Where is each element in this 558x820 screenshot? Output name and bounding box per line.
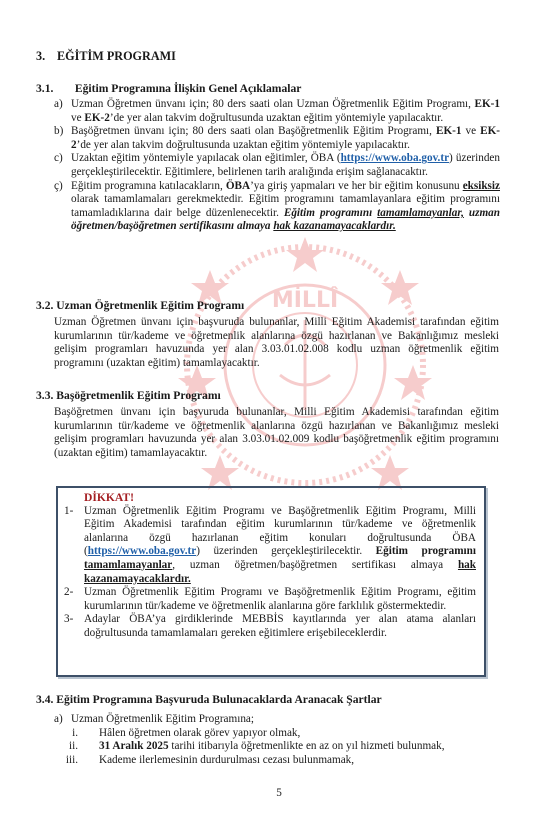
item-text: Kademe ilerlemesinin durdurulması cezası… bbox=[99, 754, 354, 766]
notice-item: 1- Uzman Öğretmenlik Eğitim Programı ve … bbox=[64, 505, 476, 587]
deadline-date: 31 Aralık 2025 bbox=[99, 740, 169, 752]
subsection-number: 3.4. bbox=[36, 693, 53, 706]
list-marker: c) bbox=[54, 152, 63, 166]
subsection-3-1-heading: 3.1. Eğitim Programına İlişkin Genel Açı… bbox=[36, 82, 301, 96]
subsection-title: Başöğretmenlik Eğitim Programı bbox=[56, 389, 220, 402]
item-text: ) üzerinden gerçekleştirilecektir. bbox=[196, 545, 375, 557]
list-marker: a) bbox=[54, 713, 63, 727]
warning-text: hak kazanamayacaklardır. bbox=[273, 220, 395, 232]
notice-item: 3- Adaylar ÖBA’ya girdiklerinde MEBBİS k… bbox=[64, 613, 476, 640]
general-explanations-list: a) Uzman Öğretmen ünvanı için; 80 ders s… bbox=[54, 98, 500, 234]
oba-link[interactable]: https://www.oba.gov.tr bbox=[88, 545, 196, 557]
roman-marker: ii. bbox=[54, 740, 78, 754]
item-text: Uzman Öğretmenlik Eğitim Programı ve Baş… bbox=[84, 586, 476, 612]
list-item: ç) Eğitim programına katılacakların, ÖBA… bbox=[54, 180, 500, 234]
subsection-3-2-heading: 3.2. Uzman Öğretmenlik Eğitim Programı bbox=[36, 299, 244, 313]
item-text-bold: Eğitim programını bbox=[376, 545, 476, 557]
subsection-3-4-heading: 3.4. Eğitim Programına Başvuruda Bulunac… bbox=[36, 693, 382, 707]
subsection-number: 3.2. bbox=[36, 299, 53, 312]
item-text: ve bbox=[461, 125, 480, 137]
section-title: EĞİTİM PROGRAMI bbox=[57, 49, 176, 63]
notice-box: DİKKAT! 1- Uzman Öğretmenlik Eğitim Prog… bbox=[56, 486, 486, 677]
item-text: tarihi itibarıyla öğretmenlikte en az on… bbox=[169, 740, 445, 752]
requirements-list: a) Uzman Öğretmenlik Eğitim Programına; … bbox=[54, 713, 514, 767]
subsection-title: Uzman Öğretmenlik Eğitim Programı bbox=[56, 299, 244, 312]
item-text: Başöğretmen ünvanı için; 80 ders saati o… bbox=[71, 125, 436, 137]
item-text: Uzman Öğretmen ünvanı için; 80 ders saat… bbox=[71, 98, 475, 110]
annex-ref: EK-1 bbox=[475, 98, 500, 110]
item-text-bold: ÖBA bbox=[226, 180, 250, 192]
item-text: Adaylar ÖBA’ya girdiklerinde MEBBİS kayı… bbox=[84, 613, 476, 639]
page-number: 5 bbox=[0, 787, 558, 801]
section-number: 3. bbox=[36, 50, 54, 64]
annex-ref: EK-1 bbox=[436, 125, 461, 137]
item-text: Uzaktan eğitim yöntemiyle yapılacak olan… bbox=[71, 152, 341, 164]
notice-item: 2- Uzman Öğretmenlik Eğitim Programı ve … bbox=[64, 586, 476, 613]
item-text: Eğitim programına katılacakların, bbox=[71, 180, 226, 192]
subsection-title: Eğitim Programına Başvuruda Bulunacaklar… bbox=[56, 693, 381, 706]
item-text-bold-underline: tamamlamayanlar bbox=[84, 559, 172, 571]
list-item: c) Uzaktan eğitim yöntemiyle yapılacak o… bbox=[54, 152, 500, 179]
requirement-item: iii. Kademe ilerlemesinin durdurulması c… bbox=[54, 754, 514, 768]
list-marker: 1- bbox=[64, 505, 73, 519]
list-marker: 3- bbox=[64, 613, 73, 627]
list-marker: ç) bbox=[54, 180, 63, 194]
list-marker: b) bbox=[54, 125, 63, 139]
item-text: ve bbox=[71, 112, 84, 124]
item-text: ’de yer alan takvim doğrultusunda uzakta… bbox=[77, 139, 410, 151]
annex-ref: EK-2 bbox=[84, 112, 109, 124]
roman-marker: iii. bbox=[54, 754, 78, 768]
list-item: b) Başöğretmen ünvanı için; 80 ders saat… bbox=[54, 125, 500, 152]
list-item: a) Uzman Öğretmen ünvanı için; 80 ders s… bbox=[54, 98, 500, 125]
requirement-group: a) Uzman Öğretmenlik Eğitim Programına; bbox=[54, 713, 514, 727]
item-text: ’de yer alan takvim doğrultusunda uzakta… bbox=[110, 112, 443, 124]
oba-link[interactable]: https://www.oba.gov.tr bbox=[341, 152, 449, 164]
warning-text: Eğitim programını bbox=[284, 207, 377, 219]
subsection-number: 3.3. bbox=[36, 389, 53, 402]
roman-marker: i. bbox=[54, 727, 78, 741]
group-label: Uzman Öğretmenlik Eğitim Programına; bbox=[71, 713, 254, 725]
item-text: ’ya giriş yapmaları ve her bir eğitim ko… bbox=[250, 180, 463, 192]
subsection-3-3-heading: 3.3. Başöğretmenlik Eğitim Programı bbox=[36, 389, 221, 403]
item-text-bold-underline: eksiksiz bbox=[463, 180, 500, 192]
warning-text: tamamlamayanlar, bbox=[377, 207, 464, 219]
item-text: Hâlen öğretmen olarak görev yapıyor olma… bbox=[99, 727, 300, 739]
list-marker: a) bbox=[54, 98, 63, 112]
subsection-3-2-body: Uzman Öğretmen ünvanı için başvuruda bul… bbox=[54, 316, 499, 370]
document-page: 3. EĞİTİM PROGRAMI 3.1. Eğitim Programın… bbox=[0, 0, 558, 820]
section-heading: 3. EĞİTİM PROGRAMI bbox=[36, 50, 176, 64]
list-marker: 2- bbox=[64, 586, 73, 600]
item-text: , uzman öğretmen/başöğretmen sertifikası… bbox=[172, 559, 458, 571]
requirement-item: ii. 31 Aralık 2025 tarihi itibarıyla öğr… bbox=[54, 740, 514, 754]
subsection-3-3-body: Başöğretmen ünvanı için başvuruda buluna… bbox=[54, 406, 499, 460]
subsection-title: Eğitim Programına İlişkin Genel Açıklama… bbox=[75, 82, 302, 95]
subsection-number: 3.1. bbox=[36, 82, 72, 96]
notice-title: DİKKAT! bbox=[64, 491, 476, 505]
requirement-item: i. Hâlen öğretmen olarak görev yapıyor o… bbox=[54, 727, 514, 741]
